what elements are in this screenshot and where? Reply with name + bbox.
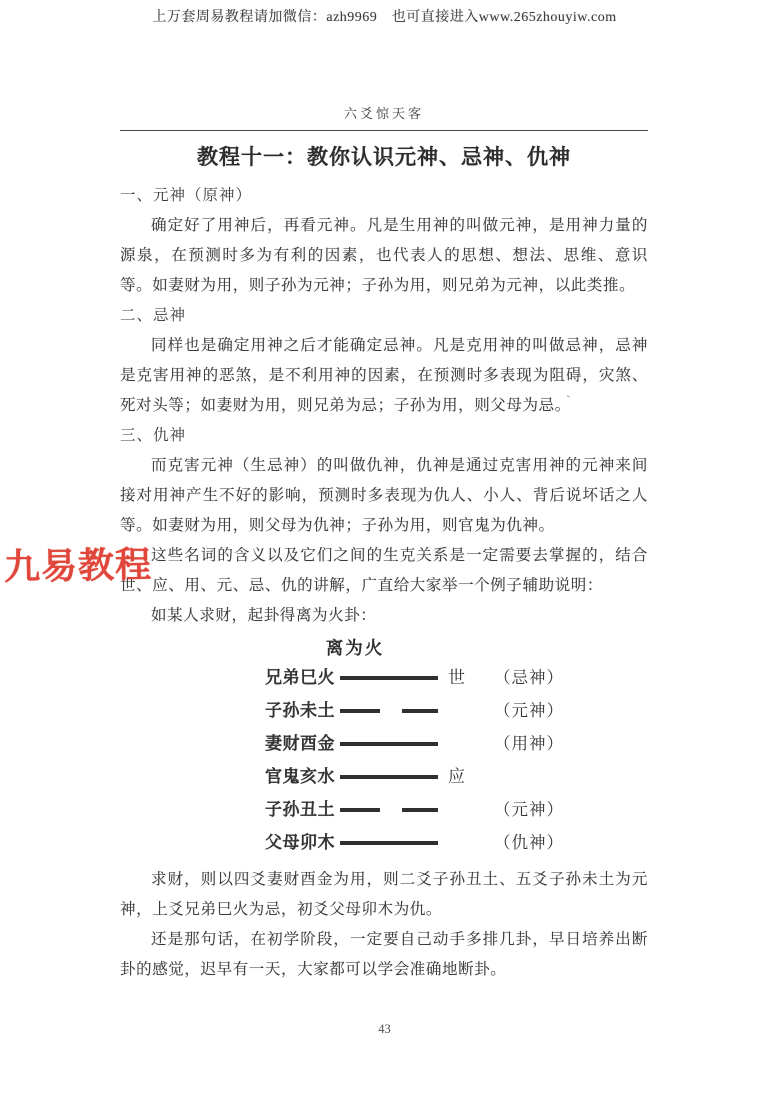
running-header: 六爻惊天客 <box>120 104 648 124</box>
hexagram-line: 官鬼亥水 应 <box>265 760 565 793</box>
closing-paragraph-advice: 还是那句话，在初学阶段，一定要自己动手多排几卦，早日培养出断卦的感觉，迟早有一天… <box>120 925 648 985</box>
yin-line-icon <box>340 793 440 826</box>
line-label: 兄弟巳火 <box>265 663 337 693</box>
hexagram-line: 子孙丑土 （元神） <box>265 793 565 826</box>
document-body: 一、元神（原神） 确定好了用神后，再看元神。凡是生用神的叫做元神，是用神力量的源… <box>120 181 648 985</box>
line-note: （仇神） <box>494 828 564 858</box>
line-label: 官鬼亥水 <box>265 762 337 792</box>
yang-line-icon <box>340 826 440 859</box>
hexagram-diagram: 离为火 兄弟巳火 世 （忌神） 子孙未土 （元神） 妻财酉金 （用神） 官鬼 <box>265 635 565 859</box>
section-heading-jishen: 二、忌神 <box>120 301 648 331</box>
page-number: 43 <box>0 1022 769 1037</box>
shi-marker: 世 <box>440 663 494 693</box>
hexagram-title: 离为火 <box>265 635 445 661</box>
hexagram-line: 子孙未土 （元神） <box>265 694 565 727</box>
red-watermark: 九易教程 <box>4 537 153 591</box>
document-page: 六爻惊天客 教程十一：教你认识元神、忌神、仇神 一、元神（原神） 确定好了用神后… <box>120 104 648 985</box>
section-heading-yuanshen: 一、元神（原神） <box>120 181 648 211</box>
line-note: （元神） <box>494 696 564 726</box>
example-intro: 如某人求财，起卦得离为火卦： <box>120 601 648 631</box>
ying-marker: 应 <box>440 762 494 792</box>
header-divider <box>120 130 648 131</box>
line-note: （元神） <box>494 795 564 825</box>
line-note: （用神） <box>494 729 564 759</box>
page-title: 教程十一：教你认识元神、忌神、仇神 <box>120 141 648 173</box>
section-body-choushen: 而克害元神（生忌神）的叫做仇神，仇神是通过克害用神的元神来间接对用神产生不好的影… <box>120 451 648 541</box>
yang-line-icon <box>340 661 440 694</box>
hexagram-line: 父母卯木 （仇神） <box>265 826 565 859</box>
line-note: （忌神） <box>494 663 564 693</box>
yin-line-icon <box>340 694 440 727</box>
section-heading-choushen: 三、仇神 <box>120 421 648 451</box>
line-label: 父母卯木 <box>265 828 337 858</box>
line-label: 妻财酉金 <box>265 729 337 759</box>
yang-line-icon <box>340 727 440 760</box>
hexagram-line: 妻财酉金 （用神） <box>265 727 565 760</box>
closing-paragraph-analysis: 求财，则以四爻妻财酉金为用，则二爻子孙丑土、五爻子孙未土为元神，上爻兄弟巳火为忌… <box>120 865 648 925</box>
line-label: 子孙丑土 <box>265 795 337 825</box>
section-body-yuanshen: 确定好了用神后，再看元神。凡是生用神的叫做元神，是用神力量的源泉，在预测时多为有… <box>120 211 648 301</box>
line-label: 子孙未土 <box>265 696 337 726</box>
top-banner-text: 上万套周易教程请加微信：azh9969 也可直接进入www.265zhouyiw… <box>0 6 769 26</box>
lead-paragraph: 这些名词的含义以及它们之间的生克关系是一定需要去掌握的，结合世、应、用、元、忌、… <box>120 541 648 601</box>
section-body-jishen: 同样也是确定用神之后才能确定忌神。凡是克用神的叫做忌神，忌神是克害用神的恶煞，是… <box>120 331 648 421</box>
hexagram-line: 兄弟巳火 世 （忌神） <box>265 661 565 694</box>
yang-line-icon <box>340 760 440 793</box>
